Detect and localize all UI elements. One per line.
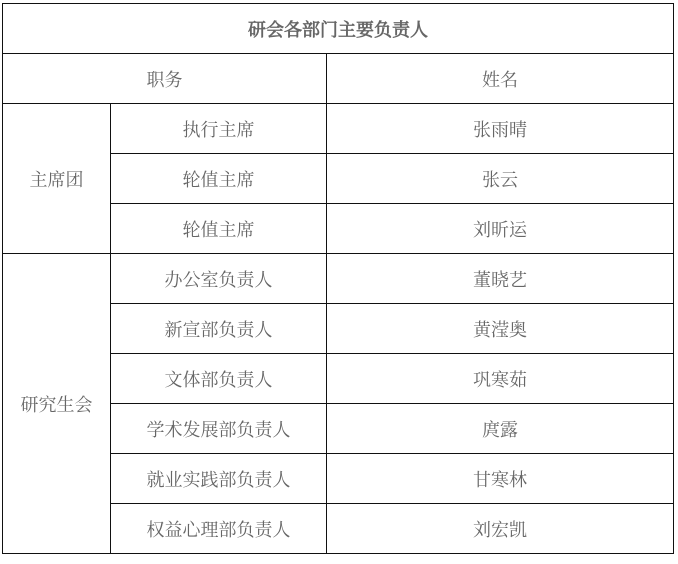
- title-row: 研会各部门主要负责人: [3, 4, 674, 54]
- group-label: 研究生会: [3, 254, 111, 554]
- position-cell: 新宣部负责人: [111, 304, 327, 354]
- table-title: 研会各部门主要负责人: [3, 4, 674, 54]
- position-cell: 权益心理部负责人: [111, 504, 327, 554]
- name-cell: 巩寒茹: [327, 354, 674, 404]
- name-cell: 董晓艺: [327, 254, 674, 304]
- group-label: 主席团: [3, 104, 111, 254]
- position-cell: 办公室负责人: [111, 254, 327, 304]
- header-row: 职务 姓名: [3, 54, 674, 104]
- position-cell: 轮值主席: [111, 204, 327, 254]
- header-position: 职务: [3, 54, 327, 104]
- table-row: 主席团 执行主席 张雨晴: [3, 104, 674, 154]
- position-cell: 就业实践部负责人: [111, 454, 327, 504]
- name-cell: 庹露: [327, 404, 674, 454]
- table-row: 研究生会 办公室负责人 董晓艺: [3, 254, 674, 304]
- position-cell: 文体部负责人: [111, 354, 327, 404]
- name-cell: 张云: [327, 154, 674, 204]
- name-cell: 张雨晴: [327, 104, 674, 154]
- leaders-table: 研会各部门主要负责人 职务 姓名 主席团 执行主席 张雨晴 轮值主席 张云 轮值…: [2, 3, 674, 554]
- position-cell: 轮值主席: [111, 154, 327, 204]
- name-cell: 刘宏凯: [327, 504, 674, 554]
- position-cell: 执行主席: [111, 104, 327, 154]
- name-cell: 刘昕运: [327, 204, 674, 254]
- position-cell: 学术发展部负责人: [111, 404, 327, 454]
- name-cell: 甘寒林: [327, 454, 674, 504]
- header-name: 姓名: [327, 54, 674, 104]
- name-cell: 黄滢奥: [327, 304, 674, 354]
